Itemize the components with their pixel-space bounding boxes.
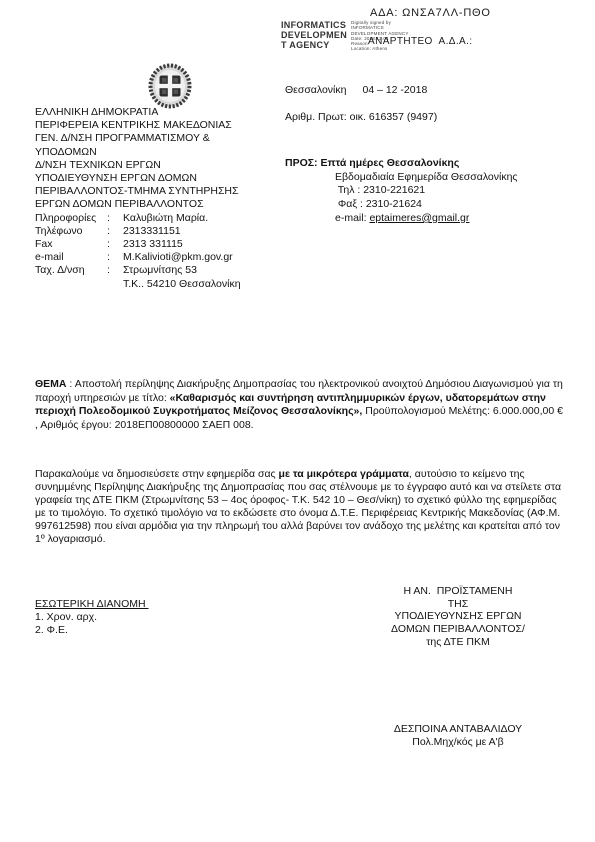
contact-row-phone: Τηλέφωνο : 2313331151 — [35, 225, 283, 238]
subject-paragraph: ΘΕΜΑ : Αποστολή περίληψης Διακήρυξης Δημ… — [35, 378, 568, 432]
protocol-number: Αριθμ. Πρωτ: οικ. 616357 (9497) — [285, 111, 437, 123]
letterhead-line: ΥΠΟΔΟΜΩΝ — [35, 146, 283, 159]
distribution-item: 1. Χρον. αρχ. — [35, 611, 149, 624]
letterhead-line: ΠΕΡΙΦΕΡΕΙΑ ΚΕΝΤΡΙΚΗΣ ΜΑΚΕΔΟΝΙΑΣ — [35, 119, 283, 132]
date: 04 – 12 -2018 — [362, 84, 427, 96]
address-continuation: Τ.Κ.. 54210 Θεσσαλονίκη — [35, 278, 283, 291]
recipient-headline: ΠΡΟΣ: Επτά ημέρες Θεσσαλονίκης — [285, 157, 575, 171]
subject-label: ΘΕΜΑ — [35, 378, 67, 390]
letterhead-line: ΠΕΡΙΒΑΛΛΟΝΤΟΣ-ΤΜΗΜΑ ΣΥΝΤΗΡΗΣΗΣ — [35, 185, 283, 198]
recipient-line: Τηλ : 2310-221621 — [285, 184, 575, 198]
contact-row-informant: Πληροφορίες : Καλυβιώτη Μαρία. — [35, 212, 283, 225]
city-dateline: Θεσσαλονίκη04 – 12 -2018 — [285, 84, 427, 96]
letterhead-line: Δ/ΝΣΗ ΤΕΧΝΙΚΩΝ ΕΡΓΩΝ — [35, 159, 283, 172]
internal-distribution-title: ΕΣΩΤΕΡΙΚΗ ΔΙΑΝΟΜΗ — [35, 598, 149, 611]
letterhead-line: ΕΡΓΩΝ ΔΟΜΩΝ ΠΕΡΙΒΑΛΛΟΝΤΟΣ — [35, 198, 283, 211]
signatory-name-block: ΔΕΣΠΟΙΝΑ ΑΝΤΑΒΑΛΙΔΟΥ Πολ.Μηχ/κός με Α'β — [330, 723, 586, 749]
recipient-email-link[interactable]: eptaimeres@gmail.gr — [369, 212, 469, 224]
protocol-value: οικ. 616357 (9497) — [350, 111, 438, 123]
internal-distribution: ΕΣΩΤΕΡΙΚΗ ΔΙΑΝΟΜΗ 1. Χρον. αρχ. 2. Φ.Ε. — [35, 598, 149, 638]
anartiteo-label: ΑΝΑΡΤΗΤΕΟ Α.Δ.Α.: — [368, 36, 472, 47]
signatory-role: Πολ.Μηχ/κός με Α'β — [330, 736, 586, 749]
pros-label: ΠΡΟΣ: — [285, 157, 318, 169]
contact-row-address: Ταχ. Δ/νση : Στρωμνίτσης 53 — [35, 264, 283, 277]
signatory-title-block: Η ΑΝ. ΠΡΟΪΣΤΑΜΕΝΗ ΤΗΣ ΥΠΟΔΙΕΥΘΥΝΣΗΣ ΕΡΓΩ… — [330, 585, 586, 649]
contact-row-email: e-mail : M.Kalivioti@pkm.gov.gr — [35, 251, 283, 264]
recipient-email-line: e-mail: eptaimeres@gmail.gr — [285, 212, 575, 226]
body-paragraph: Παρακαλούμε να δημοσιεύσετε στην εφημερί… — [35, 468, 570, 545]
recipient-name: Επτά ημέρες Θεσσαλονίκης — [320, 157, 459, 169]
letterhead-line: ΓΕΝ. Δ/ΝΣΗ ΠΡΟΓΡΑΜΜΑΤΙΣΜΟΥ & — [35, 132, 283, 145]
stamp-agency-name: INFORMATICS DEVELOPMEN T AGENCY — [281, 20, 349, 50]
letterhead: ΕΛΛΗΝΙΚΗ ΔΗΜΟΚΡΑΤΙΑ ΠΕΡΙΦΕΡΕΙΑ ΚΕΝΤΡΙΚΗΣ… — [35, 106, 283, 291]
recipient-line: Εβδομαδιαία Εφημερίδα Θεσσαλονίκης — [285, 171, 575, 185]
recipient-line: Φαξ : 2310-21624 — [285, 198, 575, 212]
greek-state-emblem-icon — [147, 63, 193, 109]
signatory-name: ΔΕΣΠΟΙΝΑ ΑΝΤΑΒΑΛΙΔΟΥ — [330, 723, 586, 736]
ada-code: ΑΔΑ: ΩΝΣΑ7ΛΛ-ΠΘΟ — [370, 7, 491, 19]
letterhead-line: ΥΠΟΔΙΕΥΘΥΝΣΗ ΕΡΓΩΝ ΔΟΜΩΝ — [35, 172, 283, 185]
recipient-block: ΠΡΟΣ: Επτά ημέρες Θεσσαλονίκης Εβδομαδια… — [285, 157, 575, 226]
letterhead-line: ΕΛΛΗΝΙΚΗ ΔΗΜΟΚΡΑΤΙΑ — [35, 106, 283, 119]
city: Θεσσαλονίκη — [285, 84, 346, 96]
document-page: ΑΔΑ: ΩΝΣΑ7ΛΛ-ΠΘΟ INFORMATICS DEVELOPMEN … — [0, 0, 595, 842]
sender-email: M.Kalivioti@pkm.gov.gr — [123, 251, 283, 264]
distribution-item: 2. Φ.Ε. — [35, 624, 149, 637]
contact-row-fax: Fax : 2313 331115 — [35, 238, 283, 251]
